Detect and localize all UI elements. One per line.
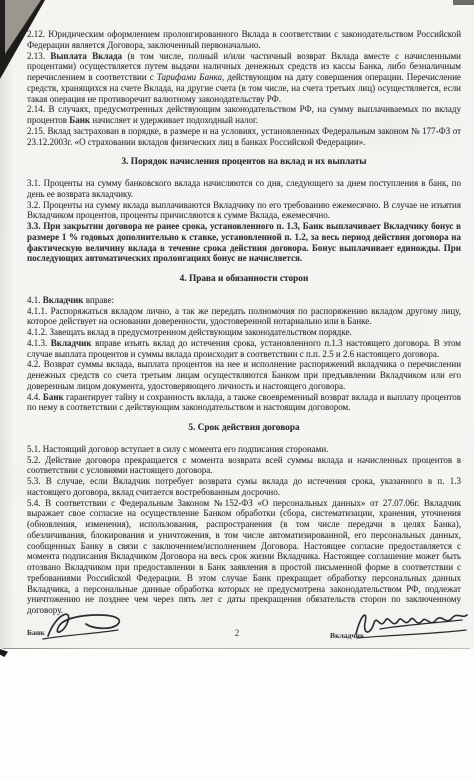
section-5-heading: 5. Срок действия договора xyxy=(27,423,461,434)
bank-signature-icon xyxy=(38,606,133,646)
clause-2-12: 2.12. Юридическим оформлением пролонгиро… xyxy=(27,29,461,51)
clause-3-2: 3.2. Проценты на сумму вклада выплачиваю… xyxy=(27,200,461,222)
clause-2-15: 2.15. Вклад застрахован в порядке, в раз… xyxy=(27,126,461,148)
document-body: 2.12. Юридическим оформлением пролонгиро… xyxy=(27,29,461,616)
clause-4-1-2: 4.1.2. Завещать вклад в предусмотренном … xyxy=(27,327,461,338)
section-3-heading: 3. Порядок начисления процентов на вклад… xyxy=(27,157,461,168)
clause-3-1: 3.1. Проценты на сумму банковского вклад… xyxy=(27,178,461,200)
clause-5-3: 5.3. В случае, если Вкладчик потребует в… xyxy=(27,476,461,498)
document-page: 2.12. Юридическим оформлением пролонгиро… xyxy=(0,0,474,649)
signature-footer: Банк 2 Вкладчик xyxy=(0,604,474,648)
clause-4-1-1: 4.1.1. Распоряжаться вкладом лично, а та… xyxy=(27,306,461,328)
scan-artifact-top-right xyxy=(453,0,474,5)
clause-5-1: 5.1. Настоящий договор вступает в силу с… xyxy=(27,444,461,455)
clause-4-2: 4.2. Возврат суммы вклада, выплата проце… xyxy=(27,359,461,391)
clause-4-1-3: 4.1.3. Вкладчик вправе изъять вклад до и… xyxy=(27,338,461,360)
scanned-contract-page: { "document": { "sections": [ { "id": "s… xyxy=(0,0,474,780)
clause-5-4: 5.4. В соответствии с Федеральным Законо… xyxy=(27,498,461,616)
clause-4-4: 4.4. Банк гарантирует тайну и сохранност… xyxy=(27,392,461,414)
clause-2-14: 2.14. В случаях, предусмотренных действу… xyxy=(27,104,461,126)
page-bottom-edge xyxy=(3,648,470,649)
clause-4-1: 4.1. Вкладчик вправе: xyxy=(27,295,461,306)
scan-artifact-bottom-left xyxy=(0,649,8,657)
depositor-signature-icon xyxy=(352,604,470,646)
clause-2-13: 2.13. Выплата Вклада (в том числе, полны… xyxy=(27,51,461,105)
clause-5-2: 5.2. Действие договора прекращается с мо… xyxy=(27,455,461,477)
section-4-heading: 4. Права и обязанности сторон xyxy=(27,274,461,285)
clause-3-3: 3.3. При закрытии договора не ранее срок… xyxy=(27,221,461,264)
